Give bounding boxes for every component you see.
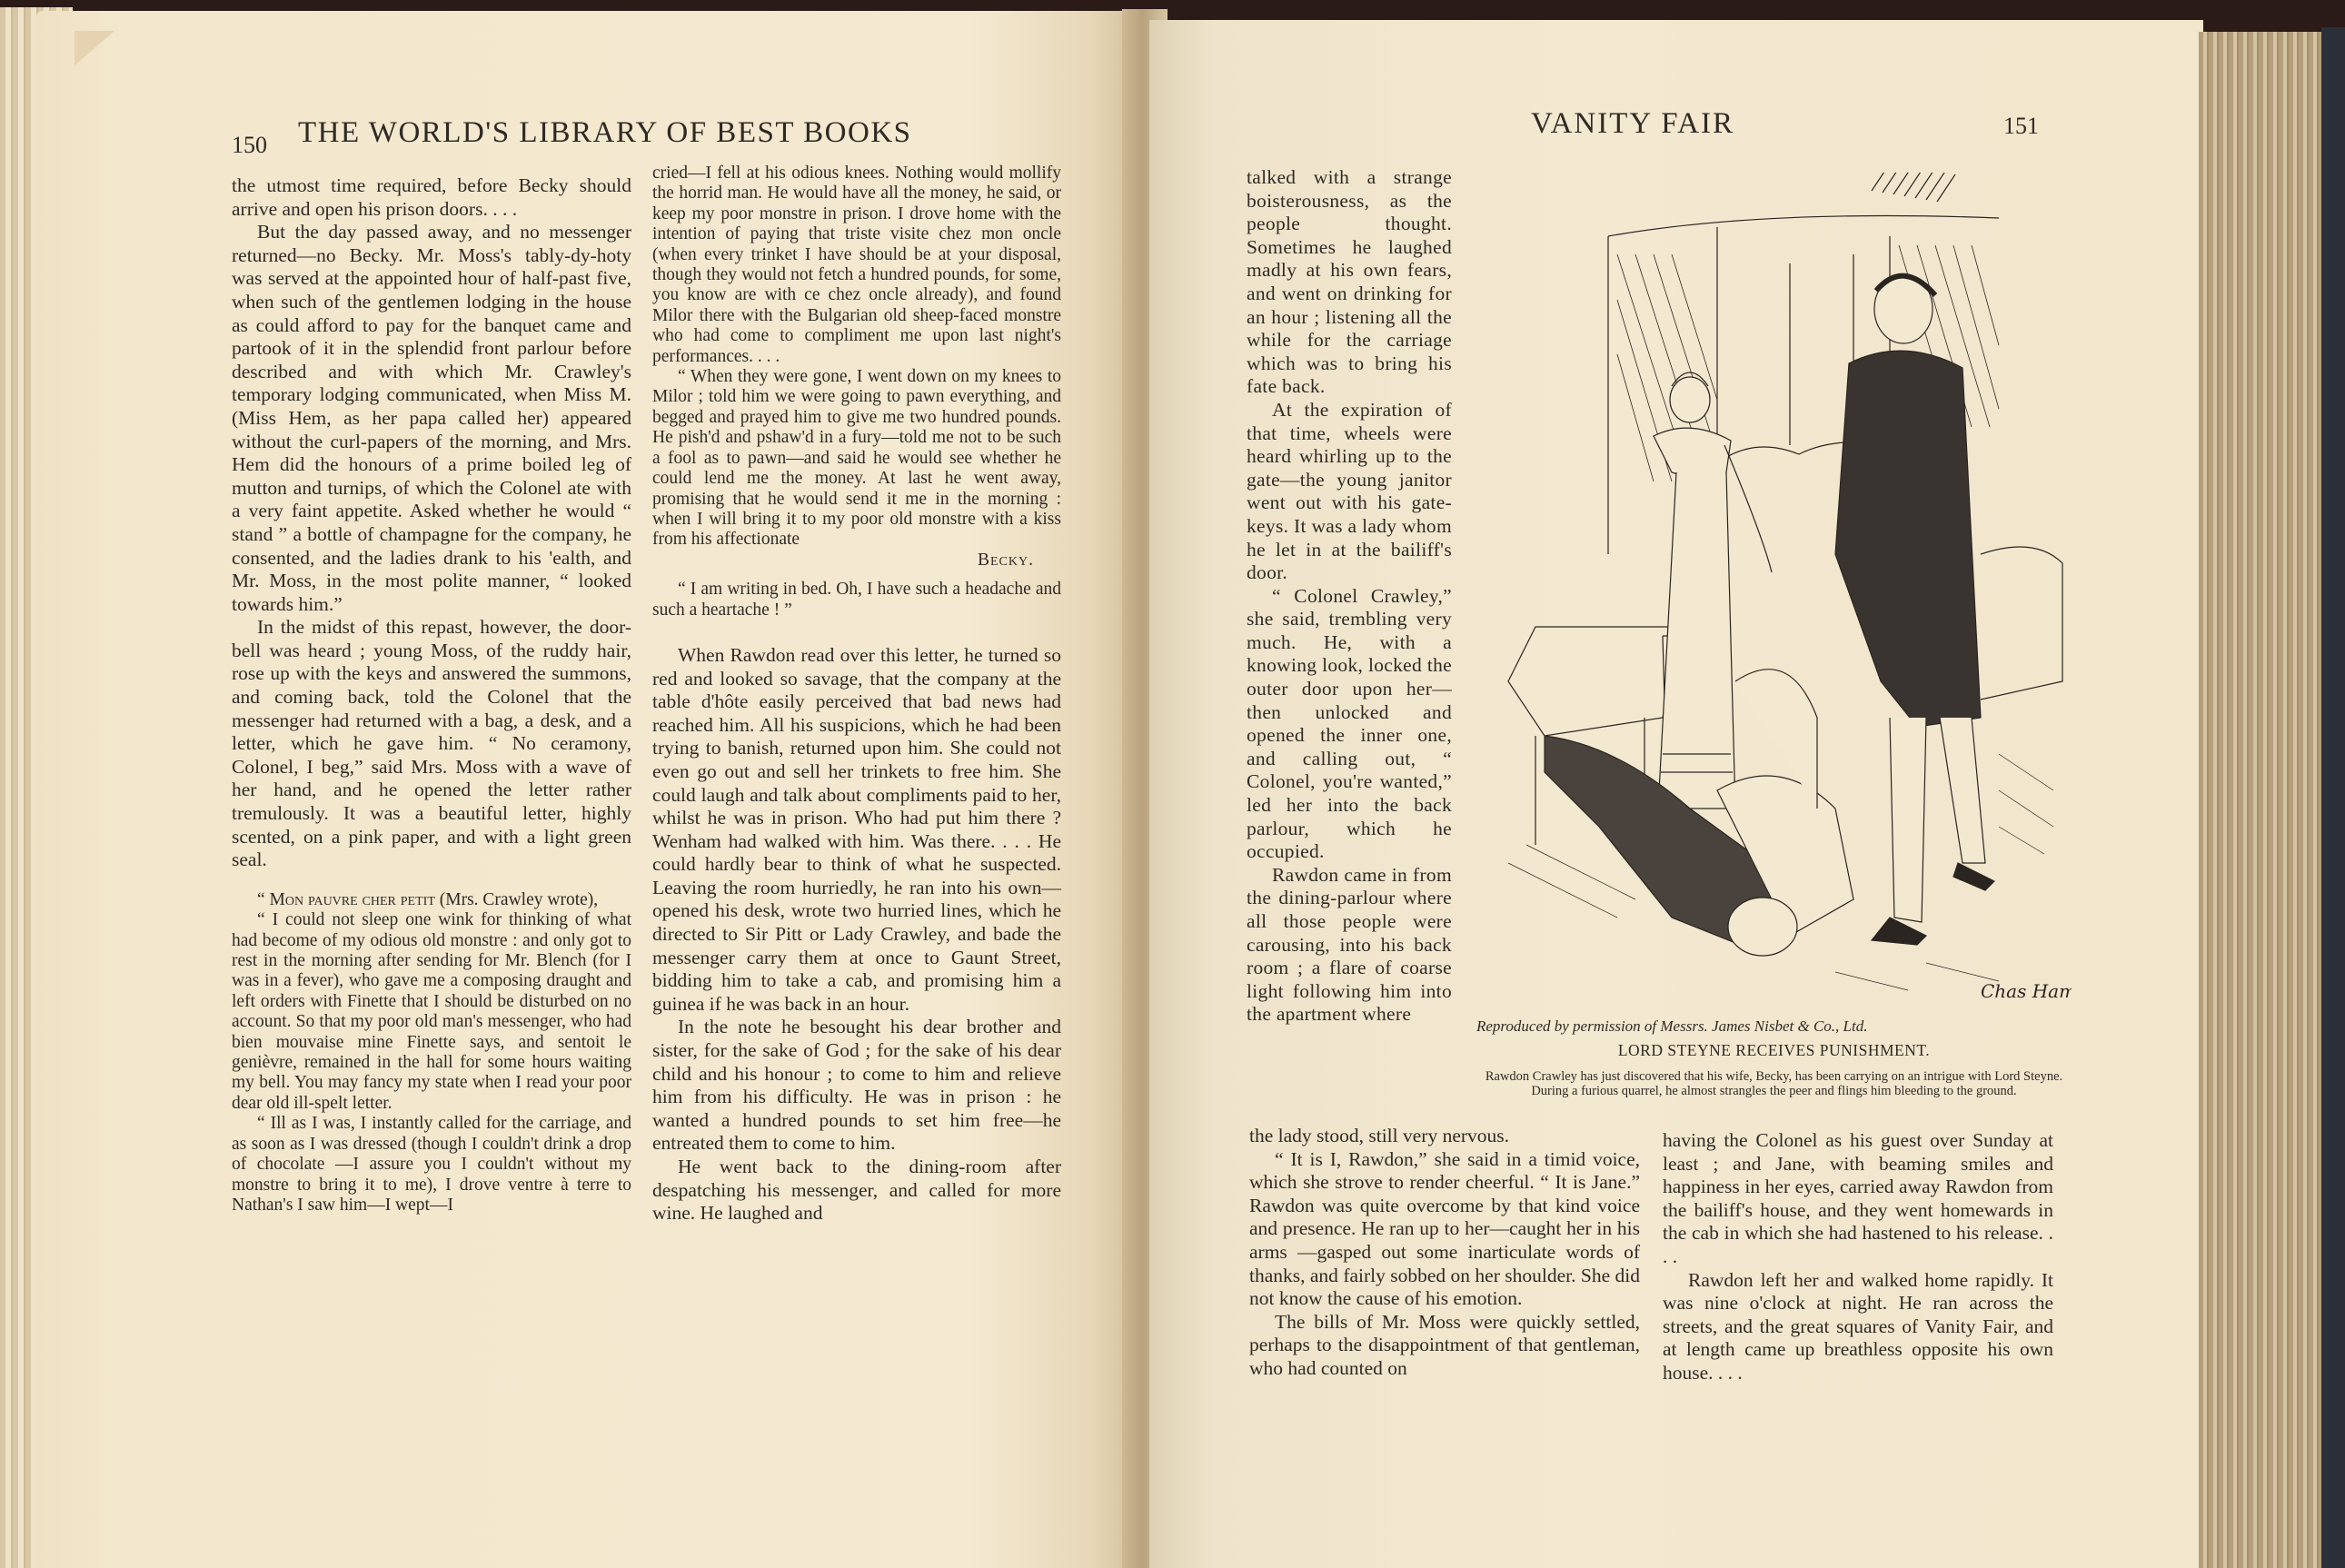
paragraph: He went back to the dining-room after de… [652, 1156, 1061, 1226]
paragraph: In the midst of this repast, however, th… [232, 616, 631, 872]
paragraph: talked with a strange boisterousness, as… [1247, 166, 1452, 399]
letter-paragraph: “ When they were gone, I went down on my… [652, 367, 1061, 551]
letter-paragraph: “ I could not sleep one wink for thinkin… [232, 910, 631, 1114]
right-column-b: having the Colonel as his guest over Sun… [1663, 1129, 2053, 1385]
folded-corner [75, 31, 114, 65]
paragraph: Rawdon came in from the dining-parlour w… [1247, 864, 1452, 1027]
left-column-1: the utmost time required, before Becky s… [232, 174, 631, 1216]
paragraph: Rawdon left her and walked home rapidly.… [1663, 1269, 2053, 1385]
illustration-caption: Reproduced by permission of Messrs. Jame… [1476, 1017, 2072, 1098]
open-book: 150 THE WORLD'S LIBRARY OF BEST BOOKS th… [0, 0, 2345, 1568]
right-column-a: the lady stood, still very nervous. “ It… [1249, 1125, 1640, 1381]
page-number-right: 151 [2003, 113, 2039, 140]
paragraph: At the expiration of that time, wheels w… [1247, 399, 1452, 585]
letter-signature: Becky. [652, 551, 1061, 571]
paragraph: “ Colonel Crawley,” she said, trembling … [1247, 585, 1452, 864]
right-page-edges [2199, 32, 2330, 1568]
paragraph: The bills of Mr. Moss were quickly settl… [1249, 1311, 1640, 1381]
left-column-2: cried—I fell at his odious knees. Nothin… [652, 164, 1061, 1226]
right-narrow-column: talked with a strange boisterousness, as… [1247, 166, 1452, 1027]
paragraph: the utmost time required, before Becky s… [232, 174, 631, 221]
paragraph: “ It is I, Rawdon,” she said in a timid … [1249, 1148, 1640, 1311]
letter-continued: cried—I fell at his odious knees. Nothin… [652, 164, 1061, 620]
paragraph: having the Colonel as his guest over Sun… [1663, 1129, 2053, 1269]
illustration-credit: Reproduced by permission of Messrs. Jame… [1476, 1017, 2072, 1036]
paragraph: the lady stood, still very nervous. [1249, 1125, 1640, 1148]
letter-postscript: “ I am writing in bed. Oh, I have such a… [652, 580, 1061, 620]
letter-block: “ Mon pauvre cher petit (Mrs. Crawley wr… [232, 890, 631, 1216]
letter-paragraph: cried—I fell at his odious knees. Nothin… [652, 164, 1061, 367]
paragraph: In the note he besought his dear brother… [652, 1016, 1061, 1156]
running-head-left: THE WORLD'S LIBRARY OF BEST BOOKS [298, 116, 912, 150]
illustration-lord-steyne: Chas Hammond May '97 [1490, 173, 2072, 1008]
paragraph: But the day passed away, and no messenge… [232, 221, 631, 616]
illustration-description: Rawdon Crawley has just discovered that … [1476, 1069, 2072, 1098]
artist-signature: Chas Hammond May '97 [1981, 980, 2072, 1002]
letter-paragraph: “ Ill as I was, I instantly called for t… [232, 1114, 631, 1216]
book-cover-edge [2321, 27, 2345, 1568]
paragraph: When Rawdon read over this letter, he tu… [652, 644, 1061, 1017]
letter-salutation: “ Mon pauvre cher petit (Mrs. Crawley wr… [232, 890, 631, 910]
running-head-right: VANITY FAIR [1531, 107, 1734, 141]
page-number-left: 150 [232, 132, 267, 159]
illustration-title: LORD STEYNE RECEIVES PUNISHMENT. [1476, 1041, 2072, 1060]
